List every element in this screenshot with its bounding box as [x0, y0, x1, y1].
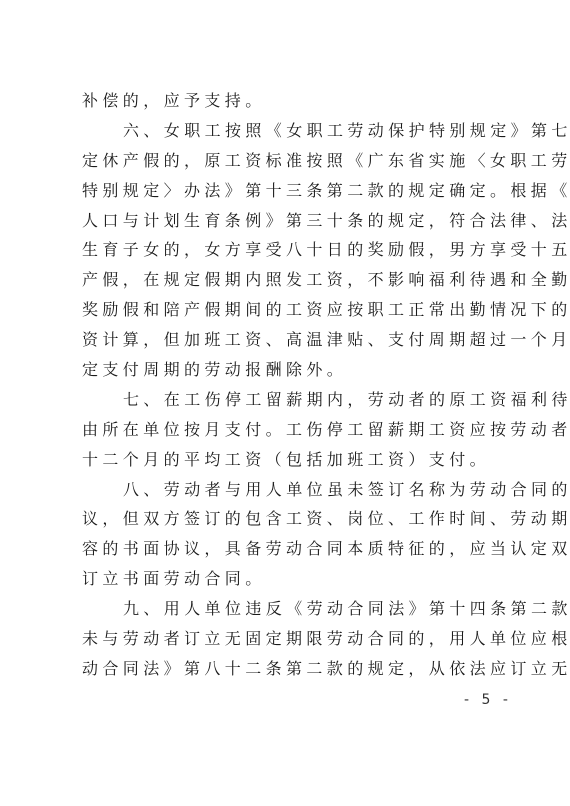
text-line: 产假，在规定假期内照发工资，不影响福利待遇和全勤评奖。	[82, 265, 494, 295]
text-line: 九、用人单位违反《劳动合同法》第十四条第二款的规定，	[82, 594, 494, 624]
text-line: 订立书面劳动合同。	[82, 564, 494, 594]
text-line: 由所在单位按月支付。工伤停工留薪期工资应按劳动者工伤前	[82, 415, 494, 445]
text-line: 未与劳动者订立无固定期限劳动合同的，用人单位应根据《劳	[82, 624, 494, 654]
text-line: 八、劳动者与用人单位虽未签订名称为劳动合同的书面协	[82, 475, 494, 505]
text-line: 容的书面协议，具备劳动合同本质特征的，应当认定双方已经	[82, 534, 494, 564]
text-line: 生育子女的，女方享受八十日的奖励假，男方享受十五日的陪	[82, 235, 494, 265]
text-line: 动合同法》第八十二条第二款的规定，从依法应订立无固定期	[82, 654, 494, 684]
text-line: 定支付周期的劳动报酬除外。	[82, 355, 494, 385]
text-line: 资计算，但加班工资、高温津贴、支付周期超过一个月或未确	[82, 325, 494, 355]
text-line: 特别规定〉办法》第十三条第二款的规定确定。根据《广东省	[82, 176, 494, 206]
text-line: 奖励假和陪产假期间的工资应按职工正常出勤情况下的应得工	[82, 295, 494, 325]
text-line: 六、女职工按照《女职工劳动保护特别规定》第七条的规	[82, 116, 494, 146]
text-line: 议，但双方签订的包含工资、岗位、工作时间、劳动期限等内	[82, 504, 494, 534]
document-body: 补偿的，应予支持。 六、女职工按照《女职工劳动保护特别规定》第七条的规 定休产假…	[82, 86, 494, 684]
text-line: 定休产假的，原工资标准按照《广东省实施〈女职工劳动保护	[82, 146, 494, 176]
text-line: 补偿的，应予支持。	[82, 86, 494, 116]
page-number: - 5 -	[464, 692, 512, 708]
text-line: 十二个月的平均工资（包括加班工资）支付。	[82, 445, 494, 475]
text-line: 七、在工伤停工留薪期内，劳动者的原工资福利待遇不变，	[82, 385, 494, 415]
text-line: 人口与计划生育条例》第三十条的规定，符合法律、法规规定	[82, 206, 494, 236]
